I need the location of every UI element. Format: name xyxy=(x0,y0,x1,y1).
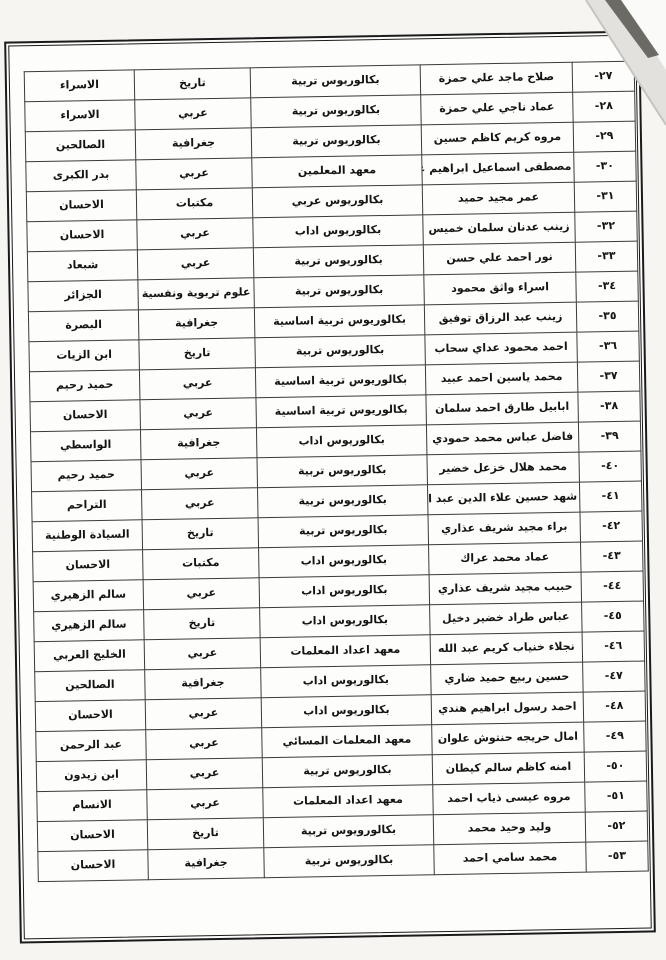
cell-degree: بكالوريوس تربية xyxy=(264,845,434,878)
cell-specialty: جغرافية xyxy=(135,128,252,160)
cell-specialty: عربي xyxy=(135,98,252,130)
cell-name: مروه عيسى ذياب احمد xyxy=(433,782,586,815)
cell-school: ابن زيدون xyxy=(36,760,147,792)
cell-specialty: عربي xyxy=(139,368,256,400)
cell-specialty: عربي xyxy=(146,728,263,760)
cell-degree: بكالوريوس تربية اساسية xyxy=(256,395,426,428)
cell-school: شبعاد xyxy=(27,250,138,282)
cell-specialty: عربي xyxy=(146,758,263,790)
cell-name: زينب عبد الرزاق توفيق xyxy=(424,302,577,335)
cell-degree: بكالوريوس اداب xyxy=(256,425,426,458)
cell-school: الاحسان xyxy=(27,220,138,252)
cell-specialty: عربي xyxy=(147,788,264,820)
cell-degree: بكالوريوس تربية xyxy=(258,515,428,548)
cell-degree: بكالوريوس تربية xyxy=(255,335,425,368)
cell-no: -٣٩ xyxy=(578,421,641,452)
cell-specialty: عربي xyxy=(137,248,254,280)
cell-specialty: تاريخ xyxy=(147,818,264,850)
cell-name: فاضل عباس محمد حمودي xyxy=(426,422,579,455)
cell-specialty: جغرافية xyxy=(148,848,265,880)
cell-school: التراحم xyxy=(32,490,143,522)
cell-degree: بكالوريوس تربية xyxy=(251,95,421,128)
cell-name: اسراء واثق محمود xyxy=(424,272,577,305)
cell-no: -٥١ xyxy=(585,781,648,812)
cell-name: براء مجيد شريف عذاري xyxy=(428,512,581,545)
cell-degree: بكالوريوس تربية xyxy=(254,275,424,308)
cell-degree: بكالورويوس تربية xyxy=(263,815,433,848)
cell-degree: بكالوريوس تربية اساسية xyxy=(254,305,424,338)
cell-specialty: عربي xyxy=(142,488,259,520)
cell-name: ابابيل طارق احمد سلمان xyxy=(426,392,579,425)
cell-no: -٤٦ xyxy=(582,631,645,662)
cell-degree: بكالوريوس عربي xyxy=(252,185,422,218)
cell-school: الاسراء xyxy=(25,100,136,132)
cell-no: -٥٢ xyxy=(585,811,648,842)
cell-specialty: عربي xyxy=(143,578,260,610)
cell-degree: بكالوريوس اداب xyxy=(253,215,423,248)
cell-school: الاحسان xyxy=(33,550,144,582)
cell-no: -٣٥ xyxy=(576,301,639,332)
cell-school: الصالحين xyxy=(25,130,136,162)
cell-school: عبد الرحمن xyxy=(36,730,147,762)
cell-no: -٤٤ xyxy=(581,571,644,602)
cell-specialty: عربي xyxy=(136,158,253,190)
cell-name: محمد سامي احمد xyxy=(434,842,587,875)
cell-name: نجلاء خنياب كريم عبد الله xyxy=(430,632,583,665)
cell-degree: بكالوريوس اداب xyxy=(260,605,430,638)
cell-degree: بكالوريوس اداب xyxy=(261,695,431,728)
cell-name: عماد محمد عراك xyxy=(429,542,582,575)
cell-degree: بكالوريوس تربية xyxy=(262,755,432,788)
cell-no: -٤٥ xyxy=(582,601,645,632)
cell-specialty: عربي xyxy=(145,698,262,730)
cell-specialty: عربي xyxy=(137,218,254,250)
cell-no: -٤١ xyxy=(579,481,642,512)
cell-degree: معهد اعداد المعلمات xyxy=(260,635,430,668)
cell-degree: بكالوريوس تربية xyxy=(257,455,427,488)
cell-degree: بكالوريوس تربية xyxy=(253,245,423,278)
cell-degree: معهد اعداد المعلمات xyxy=(263,785,433,818)
cell-no: -٣٧ xyxy=(577,361,640,392)
cell-name: شهد حسين علاء الدين عبد المحسن xyxy=(427,482,580,515)
cell-no: -٣١ xyxy=(574,181,637,212)
cell-school: الصالحين xyxy=(35,670,146,702)
scanned-document: -٢٧صلاح ماجد علي حمزةبكالوريوس تربيةتاري… xyxy=(0,0,666,960)
cell-school: بدر الكبرى xyxy=(26,160,137,192)
cell-no: -٣٤ xyxy=(576,271,639,302)
cell-school: الاسراء xyxy=(24,70,135,102)
cell-specialty: علوم تربوية ونفسية xyxy=(138,278,255,310)
cell-no: -٣٨ xyxy=(578,391,641,422)
cell-no: -٥٣ xyxy=(586,841,649,872)
cell-school: الاحسان xyxy=(35,700,146,732)
cell-name: امال حريجه حنتوش علوان xyxy=(432,722,585,755)
cell-name: احمد محمود عداي سحاب xyxy=(425,332,578,365)
cell-school: الاحسان xyxy=(38,850,149,882)
cell-name: محمد ياسين احمد عبيد xyxy=(425,362,578,395)
cell-degree: بكالوريوس اداب xyxy=(261,665,431,698)
cell-name: عباس طراد خضير دخيل xyxy=(430,602,583,635)
cell-degree: معهد المعلمين xyxy=(252,155,422,188)
cell-no: -٤٨ xyxy=(583,691,646,722)
cell-no: -٤٧ xyxy=(583,661,646,692)
cell-no: -٤٠ xyxy=(579,451,642,482)
cell-specialty: مكتبات xyxy=(136,188,253,220)
cell-school: الواسطي xyxy=(30,430,141,462)
cell-no: -٣٦ xyxy=(577,331,640,362)
roster-table: -٢٧صلاح ماجد علي حمزةبكالوريوس تربيةتاري… xyxy=(24,61,649,883)
cell-name: محمد هلال خزعل خضير xyxy=(427,452,580,485)
page-fold-corner xyxy=(481,0,666,175)
cell-school: حميد رحيم xyxy=(31,460,142,492)
cell-degree: بكالوريوس تربية اساسية xyxy=(255,365,425,398)
cell-no: -٣٣ xyxy=(575,241,638,272)
cell-specialty: تاريخ xyxy=(142,518,259,550)
cell-school: سالم الزهيري xyxy=(34,610,145,642)
cell-no: -٤٢ xyxy=(580,511,643,542)
cell-no: -٥٠ xyxy=(584,751,647,782)
cell-name: نور احمد علي حسن xyxy=(423,242,576,275)
cell-degree: بكالوريوس تربية xyxy=(250,65,420,98)
cell-degree: بكالوريوس اداب xyxy=(259,545,429,578)
cell-no: -٣٢ xyxy=(575,211,638,242)
cell-school: ابن الزيات xyxy=(29,340,140,372)
cell-name: عمر مجيد حميد xyxy=(422,182,575,215)
cell-school: السيادة الوطنية xyxy=(32,520,143,552)
cell-name: حبيب مجيد شريف عذاري xyxy=(429,572,582,605)
cell-specialty: تاريخ xyxy=(134,68,251,100)
cell-specialty: عربي xyxy=(140,398,257,430)
cell-specialty: جغرافية xyxy=(140,428,257,460)
cell-school: الاحسان xyxy=(37,820,148,852)
cell-specialty: جغرافية xyxy=(145,668,262,700)
cell-specialty: تاريخ xyxy=(139,338,256,370)
cell-school: الانسام xyxy=(37,790,148,822)
cell-no: -٤٩ xyxy=(584,721,647,752)
cell-no: -٤٣ xyxy=(581,541,644,572)
cell-school: حميد رحيم xyxy=(29,370,140,402)
cell-school: الاحسان xyxy=(30,400,141,432)
cell-school: سالم الزهيري xyxy=(33,580,144,612)
cell-degree: بكالوريوس اداب xyxy=(259,575,429,608)
cell-name: احمد رسول ابراهيم هندي xyxy=(431,692,584,725)
cell-name: زينب عدنان سلمان خميس xyxy=(423,212,576,245)
cell-specialty: عربي xyxy=(141,458,258,490)
cell-degree: بكالوريوس تربية xyxy=(251,125,421,158)
cell-name: وليد وحيد محمد xyxy=(433,812,586,845)
cell-specialty: تاريخ xyxy=(144,608,261,640)
cell-degree: بكالوريوس تربية xyxy=(258,485,428,518)
cell-degree: معهد المعلمات المسائي xyxy=(262,725,432,758)
cell-specialty: جغرافية xyxy=(138,308,255,340)
cell-school: البصرة xyxy=(28,310,139,342)
cell-school: الجزائر xyxy=(28,280,139,312)
cell-school: الخليج العربي xyxy=(34,640,145,672)
cell-name: حسين ربيع حميد ضاري xyxy=(431,662,584,695)
cell-name: امنه كاظم سالم كيطان xyxy=(432,752,585,785)
cell-specialty: عربي xyxy=(144,638,261,670)
cell-specialty: مكتبات xyxy=(143,548,260,580)
roster-table-body: -٢٧صلاح ماجد علي حمزةبكالوريوس تربيةتاري… xyxy=(24,61,648,882)
cell-school: الاحسان xyxy=(26,190,137,222)
